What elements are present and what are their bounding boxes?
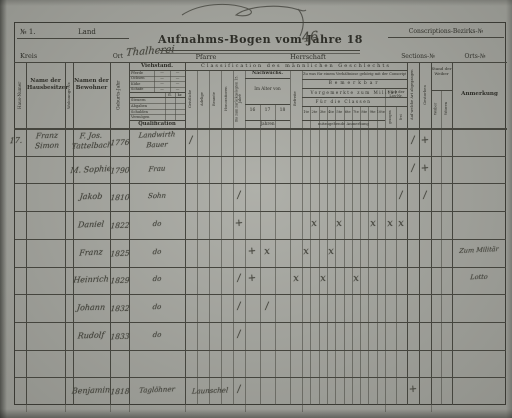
tally-mark: / [234, 384, 245, 396]
orts-number-label: Orts-№ [452, 53, 498, 61]
grid-hline [302, 88, 407, 89]
form-title: Aufnahms-Bogen vom Jahre 18 [158, 33, 348, 47]
grid-hline [129, 120, 185, 121]
departure-manner-column-label: Auf welche Art abgegangen [407, 63, 419, 127]
lot-free-column-label: frei [396, 106, 407, 128]
class-number-cell: 6te [344, 110, 352, 114]
grid-hline [245, 120, 290, 121]
grid-vline [385, 88, 386, 405]
grid-vline [275, 104, 276, 405]
women-group-header: Stand der Weiber [431, 66, 452, 76]
qualification-entry: Sohn [130, 192, 185, 201]
tax-row-label: Vermögen [131, 115, 161, 119]
class-col-honoratioren-label: Honoratioren [221, 71, 233, 127]
tally-mark: / [262, 301, 273, 313]
grid-hline [14, 62, 507, 63]
conscription-district-label: Conscriptions-Bezirks-№ [386, 28, 506, 36]
year-handwritten: 46 [301, 29, 319, 46]
grid-hline [185, 70, 407, 71]
wives-column-label: Weiber [431, 91, 441, 127]
livestock-animal-label: Pferde [131, 71, 153, 75]
grid-vline [368, 106, 369, 405]
grid-vline [302, 70, 303, 405]
owner-name-line2: Simon [26, 140, 69, 150]
grid-vline [344, 106, 345, 405]
livestock-animal-label: Ochsen [131, 76, 153, 80]
pfarre-label: Pfarre [186, 53, 226, 61]
grid-hline [15, 239, 506, 240]
tally-mark: x [291, 273, 302, 285]
relation-header-line1: Zu was für einem Verhältnisse gehörig mi… [303, 72, 406, 76]
tally-mark: x [368, 218, 379, 230]
tally-mark: x [262, 245, 273, 257]
grid-hline [302, 97, 407, 98]
lot-drawn-column-label: gezogen [385, 106, 396, 128]
grid-vline [165, 92, 166, 120]
tally-mark: / [420, 190, 431, 202]
grid-hline [129, 87, 185, 88]
scanned-conscription-form: № 1. Land Conscriptions-Bezirks-№ Aufnah… [0, 0, 512, 418]
herrschaft-label: Herrschaft [278, 53, 338, 61]
grid-vline [197, 70, 198, 405]
relation-header-line2: Bemerkbar [302, 81, 407, 87]
tally-mark: x [318, 273, 329, 285]
residents-column-label: Namen der Bewohner [74, 78, 109, 92]
age-16-header: 16 [245, 108, 260, 114]
widows-column-label: Witwen [441, 91, 452, 127]
grid-hline [129, 70, 185, 71]
grid-vline [260, 104, 261, 405]
land-label: Land [78, 28, 118, 37]
qualification-entry: Landwirth [130, 130, 185, 140]
grid-vline [185, 405, 186, 412]
grid-vline [419, 62, 420, 405]
qualification-column-label: Qualification [129, 121, 185, 128]
class-number-cell: 9te [368, 110, 376, 114]
grid-hline [15, 350, 506, 351]
form-number: № 1. [20, 28, 60, 37]
grid-hline [245, 104, 290, 105]
grid-vline [452, 62, 453, 405]
grid-vline [175, 92, 176, 120]
grid-vline [407, 62, 408, 405]
grid-vline [360, 106, 361, 405]
grid-vline [233, 70, 234, 405]
section-number-label: Sections-№ [390, 53, 446, 61]
kreis-label: Kreis [20, 52, 54, 60]
tally-mark: / [408, 162, 419, 174]
grid-vline [129, 62, 130, 405]
grid-vline [245, 405, 246, 412]
tally-mark: / [234, 328, 245, 340]
grid-hline [129, 109, 185, 110]
grid-vline [26, 62, 27, 405]
grid-hline [302, 79, 407, 80]
house-number: 17. [6, 135, 27, 145]
qualification-entry-line2: Bauer [130, 140, 185, 150]
grid-hline [15, 156, 506, 157]
grid-vline [65, 62, 66, 405]
class-number-cell: 1te [302, 110, 310, 114]
offspring-age-caption: Im Alter von [248, 86, 287, 91]
grid-hline [129, 76, 185, 77]
grid-vline [431, 62, 432, 405]
class-number-cell: 5te [335, 110, 343, 114]
grid-hline [129, 97, 185, 98]
tally-mark: / [234, 273, 245, 285]
grid-vline [185, 62, 186, 405]
offspring-box-title: Nachwuchs. [245, 71, 290, 77]
class-col-officials-label: Beamte [209, 71, 221, 127]
grid-vline [170, 70, 171, 92]
grid-hline [129, 81, 185, 82]
grid-vline [154, 70, 155, 92]
tally-mark: + [420, 135, 431, 147]
class-number-cell: 7te [352, 110, 360, 114]
grid-vline [352, 106, 353, 405]
grid-hline [15, 294, 506, 295]
class-number-cell: 3te [319, 110, 327, 114]
tally-mark: + [247, 245, 258, 257]
class-number-cell: 2te [310, 110, 318, 114]
qualification-entry: do [130, 303, 185, 312]
tally-mark: + [408, 384, 419, 396]
classification-band-title: Classification des männlichen Geschlecht… [185, 63, 407, 69]
grid-hline [15, 267, 506, 268]
tally-mark: + [234, 218, 245, 230]
tally-mark: x [309, 218, 320, 230]
grid-hline [129, 114, 185, 115]
grid-hline [15, 322, 506, 323]
grid-vline [129, 405, 130, 412]
livestock-animal-label: Kühe [131, 82, 153, 86]
grid-hline [245, 78, 290, 79]
grid-vline [245, 70, 246, 405]
grid-vline [377, 106, 378, 405]
years-footer: Jahren [245, 121, 290, 126]
tally-mark: + [420, 162, 431, 174]
tally-mark: x [351, 273, 362, 285]
birth-year-column-label: Geburts-Jahr [110, 64, 129, 126]
grid-vline [441, 90, 442, 405]
grid-hline [15, 183, 506, 184]
owner-name: Franz [26, 130, 69, 140]
grid-vline [209, 70, 210, 405]
tally-mark: / [234, 301, 245, 313]
grid-vline [73, 62, 74, 405]
house-number-column-label: Haus-Numer [14, 64, 26, 126]
deceased-column-label: Gestorben [419, 63, 431, 127]
age-17-header: 17 [260, 108, 275, 114]
remark-column-label: Anmerkung [452, 91, 507, 98]
grid-vline [65, 405, 66, 412]
exempt-column-label: Befreite [290, 71, 302, 127]
grid-hline [15, 377, 506, 378]
grid-vline [302, 405, 303, 412]
grid-vline [26, 405, 27, 412]
livestock-box-title: Viehstand. [129, 63, 185, 70]
grid-vline [431, 405, 432, 412]
grid-vline [221, 70, 222, 405]
qualification-entry: do [130, 330, 185, 340]
dwelling-number-column-label: Wohnungs-Nr. [65, 64, 73, 126]
grid-hline [129, 92, 185, 93]
tally-mark: x [396, 218, 407, 230]
age-18-header: 18 [275, 108, 290, 114]
class-col-clergy-label: Geistliche [185, 71, 197, 127]
grid-vline [319, 106, 320, 405]
livestock-animal-label: Schafe [131, 87, 153, 91]
grid-vline [110, 62, 111, 405]
class-number-cell: 10te [377, 110, 385, 114]
grid-hline [15, 211, 506, 212]
class-number-cell: 8te [360, 110, 368, 114]
grid-vline [385, 405, 386, 412]
grid-hline [129, 103, 185, 104]
owner-column-label: Name der Hausbesitzer [27, 78, 64, 92]
grid-vline [396, 106, 397, 405]
tally-mark: + [247, 273, 258, 285]
class-col-nobility-label: Adelige [197, 71, 209, 127]
tally-mark: x [326, 245, 337, 257]
tally-mark: / [234, 190, 245, 202]
class-number-cell: 4te [327, 110, 335, 114]
for-the-classes-header: Für die Classen [302, 99, 385, 104]
tally-mark: x [334, 218, 345, 230]
tally-mark: x [301, 245, 312, 257]
tally-mark: x [385, 218, 396, 230]
tally-mark: / [186, 135, 197, 147]
tally-mark: / [408, 135, 419, 147]
grid-vline [290, 70, 291, 405]
tally-mark: / [396, 190, 407, 202]
under-15-column-label: Bis zum zurückgelegten 15. Jahre [233, 71, 245, 127]
grid-vline [110, 405, 111, 412]
